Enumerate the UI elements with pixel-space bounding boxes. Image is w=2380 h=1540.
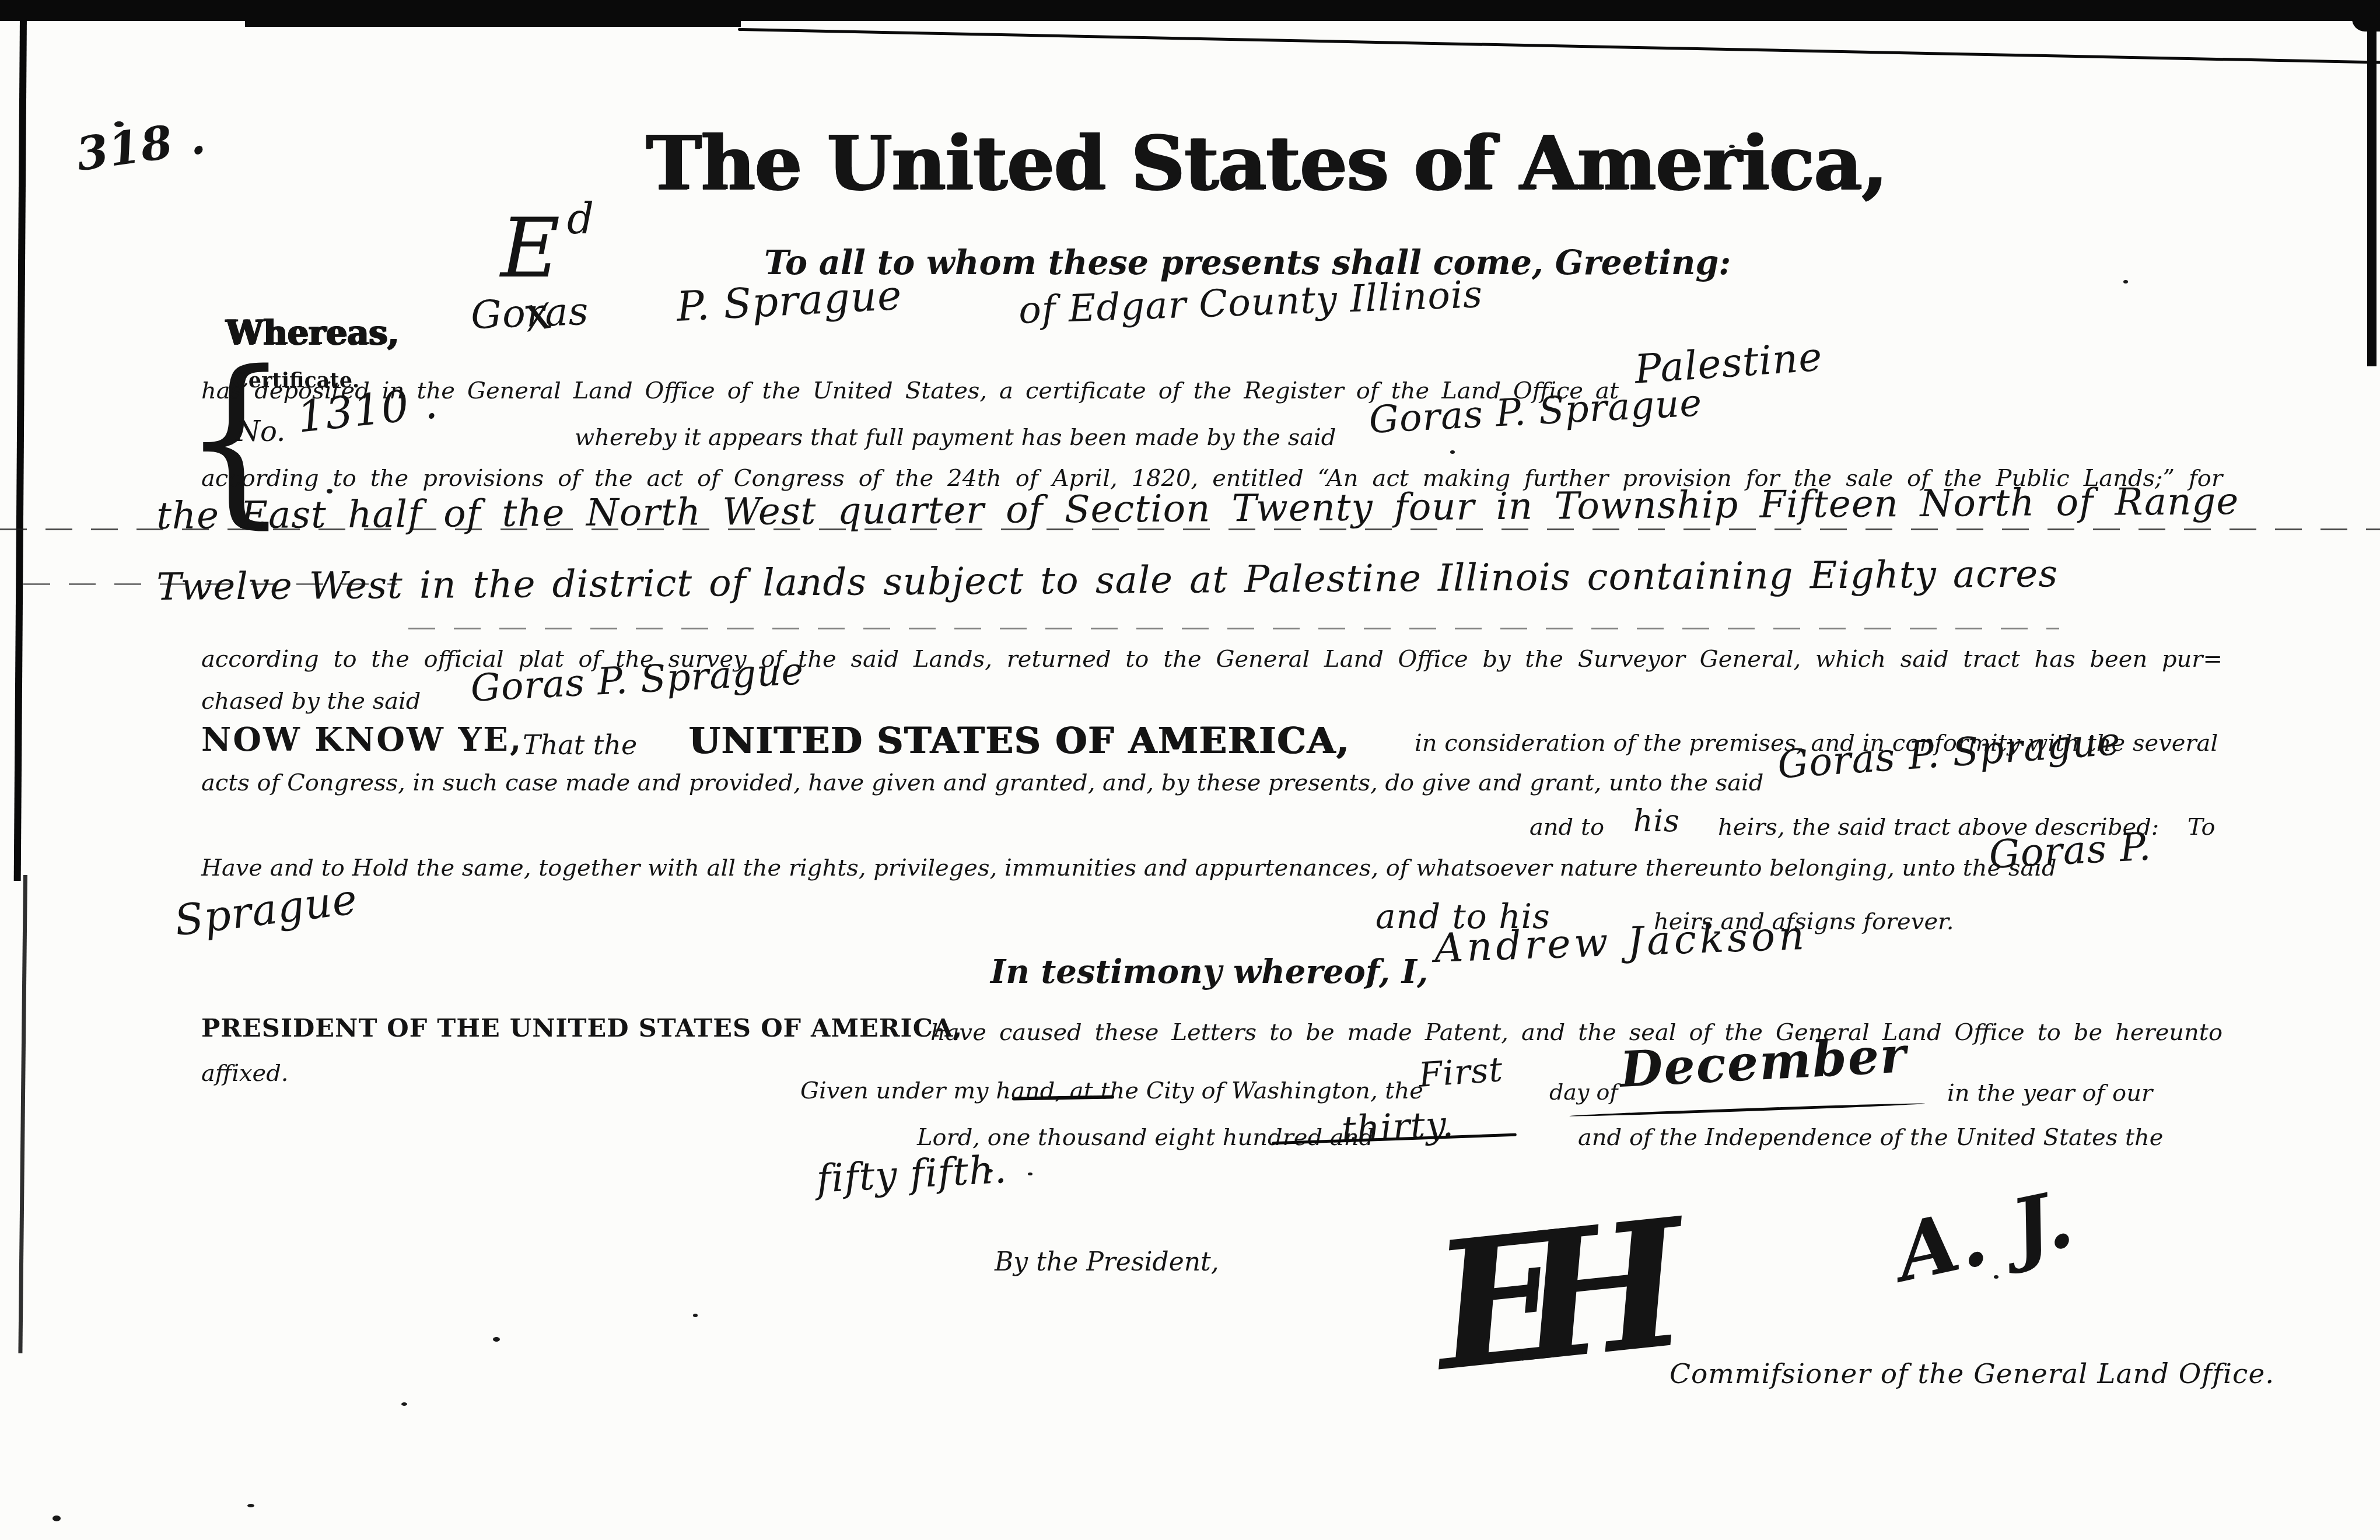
ink-speck bbox=[987, 1169, 993, 1172]
ink-speck bbox=[401, 1402, 407, 1406]
tract-description-line-2: Twelve West in the district of lands sub… bbox=[156, 554, 2058, 608]
habendum-clause: Have and to Hold the same, together with… bbox=[201, 855, 2057, 881]
examined-mark-superscript: d bbox=[567, 196, 594, 242]
affixed-word: affixed. bbox=[201, 1060, 289, 1086]
given-clause: Given under my hand, at the City of Wash… bbox=[800, 1078, 1423, 1104]
by-the-president-label: By the President, bbox=[995, 1248, 1219, 1276]
testimony-clause: In testimony whereof, I, bbox=[991, 954, 1429, 991]
ink-speck bbox=[1729, 145, 1735, 148]
day-of-text: day of bbox=[1549, 1080, 1618, 1105]
grantee-residence: of Edgar County Illinois bbox=[1018, 274, 1483, 331]
habendum-grantee-name: Goras P. bbox=[1988, 825, 2152, 876]
scan-top-bar-blob bbox=[245, 20, 741, 27]
commissioner-signature-monogram: EH bbox=[1428, 1209, 1643, 1386]
commissioner-title: Commifsioner of the General Land Office. bbox=[1669, 1359, 2274, 1389]
ink-speck bbox=[1028, 1172, 1032, 1175]
given-day-handwritten: First bbox=[1417, 1051, 1504, 1094]
scan-streak bbox=[738, 28, 2380, 64]
grantee-last-name: P. Sprague bbox=[675, 273, 903, 330]
now-know-ye-label: NOW KNOW YE, bbox=[201, 722, 523, 758]
given-month-handwritten: December bbox=[1619, 1028, 1908, 1097]
land-patent-document: 318 . { Certificate. No. 1310 . E d x Th… bbox=[0, 0, 2380, 1540]
habendum-grantee-surname: Sprague bbox=[172, 876, 360, 944]
scan-left-edge bbox=[14, 17, 27, 881]
month-underline-flourish bbox=[1569, 1102, 1925, 1117]
page-number: 318 . bbox=[73, 113, 209, 180]
patent-clause: have caused these Letters to be made Pat… bbox=[930, 1020, 2222, 1045]
ink-speck bbox=[247, 1504, 254, 1507]
president-signature: A. J. bbox=[1889, 1175, 2080, 1297]
given-year-handwritten: thirty. bbox=[1340, 1104, 1455, 1150]
independence-year-handwritten: fifty fifth. bbox=[815, 1149, 1008, 1201]
usa-display-text: UNITED STATES OF AMERICA, bbox=[688, 721, 1350, 761]
scan-left-edge-lower bbox=[18, 875, 27, 1353]
examined-mark-letter: E bbox=[501, 204, 561, 294]
ink-speck bbox=[114, 121, 124, 127]
ink-speck bbox=[1450, 450, 1455, 454]
ink-speck bbox=[52, 1515, 61, 1521]
document-title: The United States of America, bbox=[618, 123, 1913, 205]
acts-clause: acts of Congress, in such case made and … bbox=[201, 770, 1763, 796]
scan-right-edge bbox=[2367, 5, 2376, 366]
scan-right-corner bbox=[2352, 0, 2380, 32]
ink-speck bbox=[327, 489, 332, 494]
ink-speck bbox=[1994, 1275, 1999, 1279]
lord-clause: Lord, one thousand eight hundred and bbox=[917, 1125, 1374, 1150]
scan-top-bar bbox=[0, 0, 2380, 21]
ink-speck bbox=[493, 1337, 500, 1342]
year-of-our-text: in the year of our bbox=[1947, 1080, 2152, 1106]
certificate-no-label: No. bbox=[236, 416, 285, 447]
that-the-text: That the bbox=[523, 730, 637, 760]
ink-speck bbox=[797, 590, 806, 595]
independence-clause: and of the Independence of the United St… bbox=[1578, 1125, 2163, 1150]
grantee-first-name: Goras bbox=[470, 290, 590, 337]
whereas-label: Whereas, bbox=[225, 315, 398, 352]
purchase-clause: chased by the said bbox=[201, 688, 421, 714]
ruled-line bbox=[408, 628, 2059, 629]
payment-clause: whereby it appears that full payment has… bbox=[575, 425, 1336, 450]
and-to-text: and to bbox=[1529, 814, 1604, 840]
ink-speck bbox=[2123, 280, 2128, 283]
ink-speck bbox=[693, 1314, 698, 1317]
his-handwritten: his bbox=[1633, 805, 1680, 838]
president-title: PRESIDENT OF THE UNITED STATES OF AMERIC… bbox=[201, 1015, 963, 1042]
to-word: To bbox=[2187, 814, 2215, 840]
